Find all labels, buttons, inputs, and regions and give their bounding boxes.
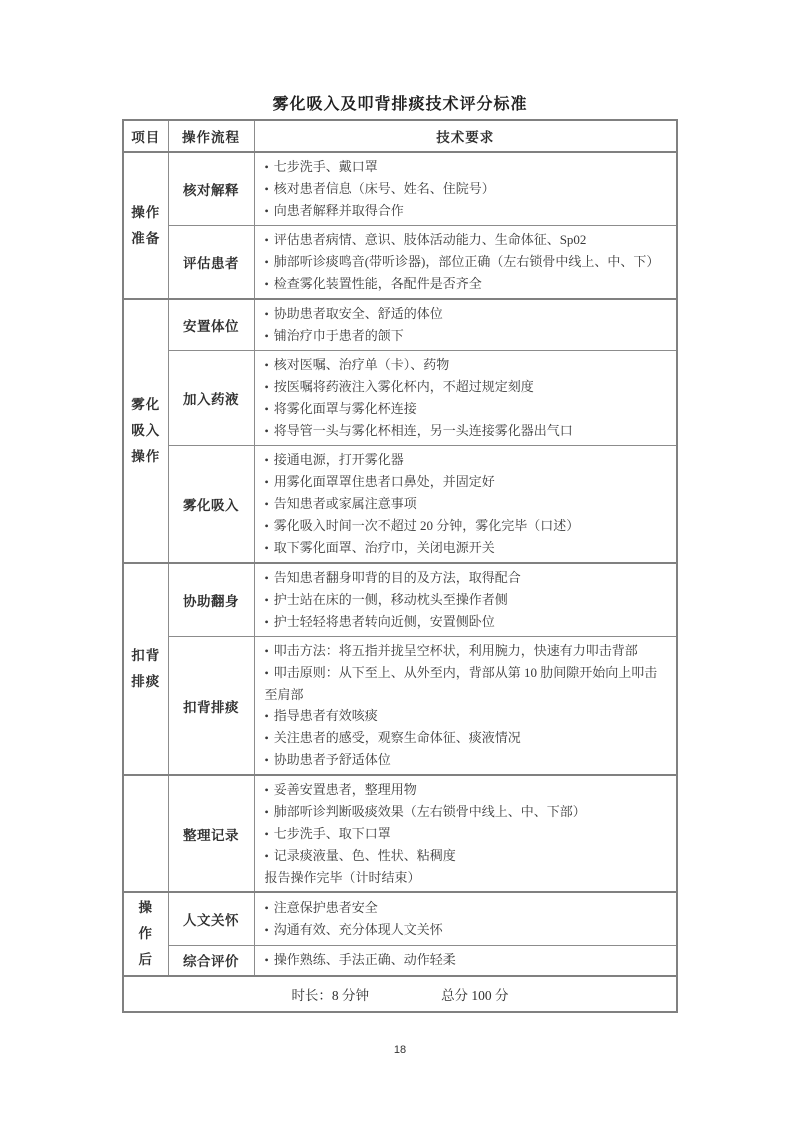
- process-label: 加入药液: [168, 351, 254, 446]
- item-label: 雾化 吸入 操作: [123, 299, 168, 563]
- bullet-icon: •: [265, 709, 269, 723]
- bullet-icon: •: [265, 233, 269, 247]
- bullet-icon: •: [265, 783, 269, 797]
- requirement-line: •注意保护患者安全: [265, 897, 669, 919]
- bullet-icon: •: [265, 666, 269, 680]
- table-row: 雾化 吸入 操作 安置体位 •协助患者取安全、舒适的体位 •铺治疗巾于患者的颌下: [123, 299, 677, 351]
- bullet-icon: •: [265, 805, 269, 819]
- bullet-icon: •: [265, 519, 269, 533]
- requirement-line: •指导患者有效咳痰: [265, 705, 669, 727]
- requirements-cell: •七步洗手、戴口罩 •核对患者信息（床号、姓名、住院号） •向患者解释并取得合作: [254, 152, 677, 226]
- bullet-icon: •: [265, 160, 269, 174]
- bullet-icon: •: [265, 329, 269, 343]
- requirements-cell: •核对医嘱、治疗单（卡）、药物 •按医嘱将药液注入雾化杯内，不超过规定刻度 •将…: [254, 351, 677, 446]
- requirement-line: •协助患者取安全、舒适的体位: [265, 303, 669, 325]
- bullet-icon: •: [265, 453, 269, 467]
- table-row: 扣背排痰 •叩击方法：将五指并拢呈空杯状，利用腕力，快速有力叩击背部 •叩击原则…: [123, 637, 677, 776]
- process-label: 整理记录: [168, 775, 254, 892]
- requirement-line: •护士轻轻将患者转向近侧，安置侧卧位: [265, 611, 669, 633]
- requirement-line: •铺治疗巾于患者的颌下: [265, 325, 669, 347]
- requirement-line: •叩击原则：从下至上、从外至内，背部从第 10 肋间隙开始向上叩击至肩部: [265, 662, 669, 705]
- page-title: 雾化吸入及叩背排痰技术评分标准: [0, 0, 800, 114]
- requirements-cell: •操作熟练、手法正确、动作轻柔: [254, 945, 677, 976]
- process-label: 扣背排痰: [168, 637, 254, 776]
- requirement-note: 报告操作完毕（计时结束）: [265, 867, 669, 888]
- page-number: 18: [0, 1044, 800, 1056]
- requirement-line: •核对患者信息（床号、姓名、住院号）: [265, 178, 669, 200]
- process-label: 协助翻身: [168, 563, 254, 637]
- bullet-icon: •: [265, 593, 269, 607]
- bullet-icon: •: [265, 358, 269, 372]
- process-label: 人文关怀: [168, 892, 254, 945]
- requirement-line: •告知患者或家属注意事项: [265, 493, 669, 515]
- table-row: 操 作 后 人文关怀 •注意保护患者安全 •沟通有效、充分体现人文关怀: [123, 892, 677, 945]
- table-row: 雾化吸入 •接通电源，打开雾化器 •用雾化面罩罩住患者口鼻处，并固定好 •告知患…: [123, 446, 677, 564]
- duration-text: 时长：8 分钟: [291, 984, 369, 1004]
- requirement-line: •记录痰液量、色、性状、粘稠度: [265, 845, 669, 867]
- requirements-cell: •叩击方法：将五指并拢呈空杯状，利用腕力，快速有力叩击背部 •叩击原则：从下至上…: [254, 637, 677, 776]
- bullet-icon: •: [265, 571, 269, 585]
- bullet-icon: •: [265, 731, 269, 745]
- requirements-cell: •告知患者翻身叩背的目的及方法，取得配合 •护士站在床的一侧，移动枕头至操作者侧…: [254, 563, 677, 637]
- column-header-process: 操作流程: [168, 120, 254, 152]
- bullet-icon: •: [265, 424, 269, 438]
- bullet-icon: •: [265, 849, 269, 863]
- bullet-icon: •: [265, 901, 269, 915]
- requirements-cell: •协助患者取安全、舒适的体位 •铺治疗巾于患者的颌下: [254, 299, 677, 351]
- requirement-line: •关注患者的感受，观察生命体征、痰液情况: [265, 727, 669, 749]
- item-label: 操 作 后: [123, 892, 168, 976]
- requirement-line: •七步洗手、戴口罩: [265, 156, 669, 178]
- bullet-icon: •: [265, 541, 269, 555]
- table-row: 操作 准备 核对解释 •七步洗手、戴口罩 •核对患者信息（床号、姓名、住院号） …: [123, 152, 677, 226]
- process-label: 核对解释: [168, 152, 254, 226]
- requirement-line: •操作熟练、手法正确、动作轻柔: [265, 949, 669, 971]
- table-row: 加入药液 •核对医嘱、治疗单（卡）、药物 •按医嘱将药液注入雾化杯内，不超过规定…: [123, 351, 677, 446]
- column-header-item: 项目: [123, 120, 168, 152]
- requirement-line: •沟通有效、充分体现人文关怀: [265, 919, 669, 941]
- column-header-requirements: 技术要求: [254, 120, 677, 152]
- requirements-cell: •妥善安置患者，整理用物 •肺部听诊判断吸痰效果（左右锁骨中线上、中、下部） •…: [254, 775, 677, 892]
- requirements-cell: •注意保护患者安全 •沟通有效、充分体现人文关怀: [254, 892, 677, 945]
- requirement-line: •评估患者病情、意识、肢体活动能力、生命体征、Sp02: [265, 229, 669, 251]
- requirement-line: •检查雾化装置性能，各配件是否齐全: [265, 273, 669, 295]
- bullet-icon: •: [265, 923, 269, 937]
- requirement-line: •雾化吸入时间一次不超过 20 分钟，雾化完毕（口述）: [265, 515, 669, 537]
- requirement-line: •用雾化面罩罩住患者口鼻处，并固定好: [265, 471, 669, 493]
- table-row: 综合评价 •操作熟练、手法正确、动作轻柔: [123, 945, 677, 976]
- requirement-line: •按医嘱将药液注入雾化杯内，不超过规定刻度: [265, 376, 669, 398]
- table-row: 评估患者 •评估患者病情、意识、肢体活动能力、生命体征、Sp02 •肺部听诊痰鸣…: [123, 226, 677, 300]
- requirement-line: •取下雾化面罩、治疗巾，关闭电源开关: [265, 537, 669, 559]
- section-after-operation: 操 作 后 人文关怀 •注意保护患者安全 •沟通有效、充分体现人文关怀 综合评价…: [123, 892, 677, 976]
- bullet-icon: •: [265, 277, 269, 291]
- bullet-icon: •: [265, 475, 269, 489]
- document-page: { "colors": { "border": "#808080", "text…: [0, 0, 800, 1132]
- table-header-row: 项目 操作流程 技术要求: [123, 120, 677, 152]
- requirement-line: •将导管一头与雾化杯相连，另一头连接雾化器出气口: [265, 420, 669, 442]
- bullet-icon: •: [265, 497, 269, 511]
- bullet-icon: •: [265, 402, 269, 416]
- bullet-icon: •: [265, 615, 269, 629]
- bullet-icon: •: [265, 182, 269, 196]
- requirement-line: •妥善安置患者，整理用物: [265, 779, 669, 801]
- item-label: 操作 准备: [123, 152, 168, 299]
- bullet-icon: •: [265, 827, 269, 841]
- item-label-empty: [123, 775, 168, 892]
- total-score-text: 总分 100 分: [441, 984, 509, 1004]
- requirement-line: •七步洗手、取下口罩: [265, 823, 669, 845]
- table-row: 扣背 排痰 协助翻身 •告知患者翻身叩背的目的及方法，取得配合 •护士站在床的一…: [123, 563, 677, 637]
- section-preparation: 操作 准备 核对解释 •七步洗手、戴口罩 •核对患者信息（床号、姓名、住院号） …: [123, 152, 677, 299]
- requirement-line: •护士站在床的一侧，移动枕头至操作者侧: [265, 589, 669, 611]
- requirement-line: •接通电源，打开雾化器: [265, 449, 669, 471]
- section-nebulization: 雾化 吸入 操作 安置体位 •协助患者取安全、舒适的体位 •铺治疗巾于患者的颌下…: [123, 299, 677, 563]
- requirement-line: •肺部听诊判断吸痰效果（左右锁骨中线上、中、下部）: [265, 801, 669, 823]
- process-label: 评估患者: [168, 226, 254, 300]
- bullet-icon: •: [265, 380, 269, 394]
- requirement-line: •协助患者予舒适体位: [265, 749, 669, 771]
- requirement-line: •告知患者翻身叩背的目的及方法，取得配合: [265, 567, 669, 589]
- requirement-line: •肺部听诊痰鸣音(带听诊器)，部位正确（左右锁骨中线上、中、下）: [265, 251, 669, 273]
- bullet-icon: •: [265, 204, 269, 218]
- requirements-cell: •接通电源，打开雾化器 •用雾化面罩罩住患者口鼻处，并固定好 •告知患者或家属注…: [254, 446, 677, 564]
- footer-cell: 时长：8 分钟 总分 100 分: [123, 976, 677, 1012]
- item-label: 扣背 排痰: [123, 563, 168, 775]
- table-row: 整理记录 •妥善安置患者，整理用物 •肺部听诊判断吸痰效果（左右锁骨中线上、中、…: [123, 775, 677, 892]
- requirement-line: •叩击方法：将五指并拢呈空杯状，利用腕力，快速有力叩击背部: [265, 640, 669, 662]
- process-label: 安置体位: [168, 299, 254, 351]
- process-label: 雾化吸入: [168, 446, 254, 564]
- section-back-patting: 扣背 排痰 协助翻身 •告知患者翻身叩背的目的及方法，取得配合 •护士站在床的一…: [123, 563, 677, 775]
- bullet-icon: •: [265, 255, 269, 269]
- requirement-line: •核对医嘱、治疗单（卡）、药物: [265, 354, 669, 376]
- process-label: 综合评价: [168, 945, 254, 976]
- table-footer: 时长：8 分钟 总分 100 分: [123, 976, 677, 1012]
- requirement-line: •将雾化面罩与雾化杯连接: [265, 398, 669, 420]
- bullet-icon: •: [265, 753, 269, 767]
- footer-row: 时长：8 分钟 总分 100 分: [123, 976, 677, 1012]
- section-tidy-record: 整理记录 •妥善安置患者，整理用物 •肺部听诊判断吸痰效果（左右锁骨中线上、中、…: [123, 775, 677, 892]
- requirement-line: •向患者解释并取得合作: [265, 200, 669, 222]
- requirements-cell: •评估患者病情、意识、肢体活动能力、生命体征、Sp02 •肺部听诊痰鸣音(带听诊…: [254, 226, 677, 300]
- bullet-icon: •: [265, 307, 269, 321]
- bullet-icon: •: [265, 644, 269, 658]
- scoring-standard-table: 项目 操作流程 技术要求 操作 准备 核对解释 •七步洗手、戴口罩 •核对患者信…: [122, 119, 678, 1013]
- bullet-icon: •: [265, 953, 269, 967]
